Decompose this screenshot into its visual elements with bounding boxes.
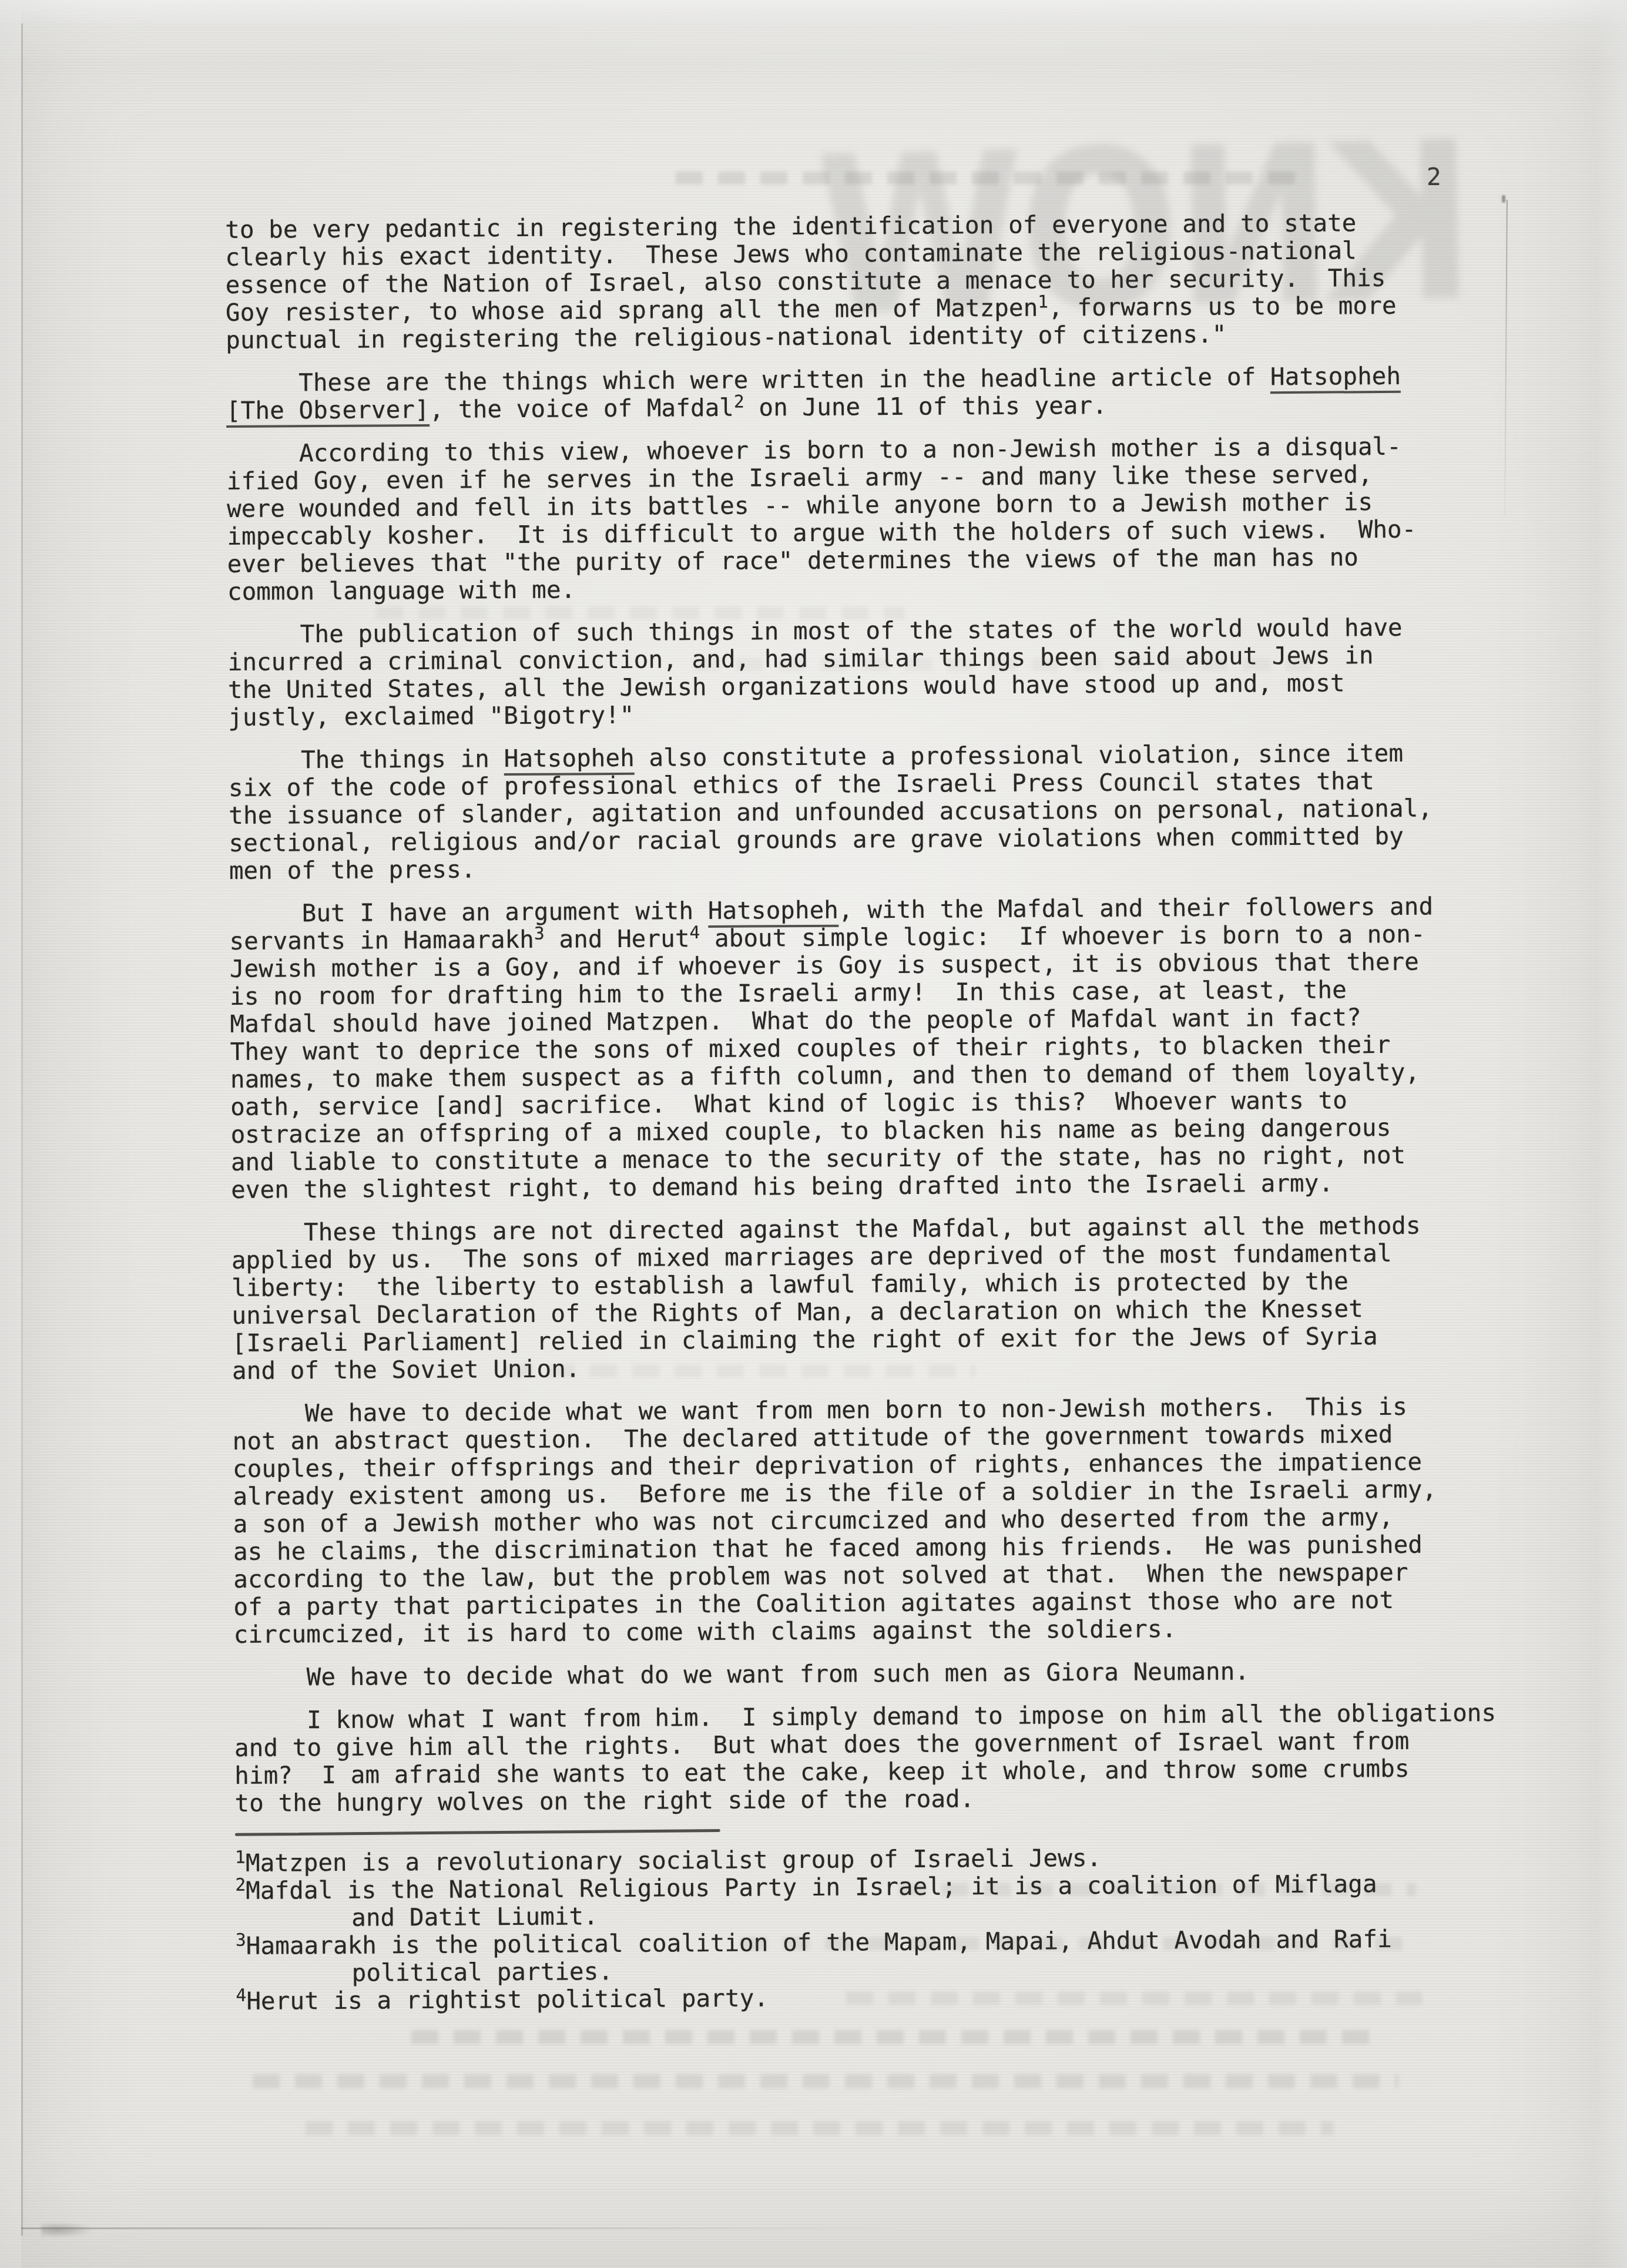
paragraph: to be very pedantic in registering the i…	[225, 209, 1507, 354]
paper-bottom-edge	[21, 2227, 903, 2229]
paragraph: But I have an argument with Hatsopheh, w…	[229, 893, 1512, 1204]
pencil-mark	[1502, 195, 1505, 203]
document-footnotes: 1Matzpen is a revolutionary socialist gr…	[235, 1842, 1517, 2015]
paragraph: These are the things which were written …	[226, 362, 1508, 425]
bleedthrough-text-line	[676, 172, 1299, 184]
paragraph: The publication of such things in most o…	[227, 613, 1509, 732]
paragraph: The things in Hatsopheh also constitute …	[229, 739, 1510, 885]
scan-corner-smudge	[41, 2222, 94, 2237]
scan-right-edge	[1595, 0, 1627, 2268]
paper-left-edge	[21, 24, 23, 2236]
bleedthrough-text-line	[253, 2074, 1398, 2088]
paragraph: We have to decide what we want from men …	[232, 1393, 1515, 1649]
paragraph: These things are not directed against th…	[231, 1212, 1513, 1385]
document-text: to be very pedantic in registering the i…	[225, 209, 1517, 2015]
footnote: 2Mafdal is the National Religious Party …	[235, 1870, 1517, 1933]
footnote-separator	[235, 1829, 720, 1836]
paragraph: We have to decide what do we want from s…	[234, 1656, 1515, 1692]
document-paragraphs: to be very pedantic in registering the i…	[225, 209, 1516, 1817]
scanned-page: KNOW 2 to be very pedantic in registerin…	[0, 0, 1627, 2268]
paragraph: I know what I want from him. I simply de…	[234, 1699, 1515, 1817]
scan-left-margin	[0, 0, 21, 2268]
bleedthrough-text-line	[411, 2030, 1381, 2044]
bleedthrough-text-line	[306, 2121, 1334, 2135]
paragraph: According to this view, whoever is born …	[226, 432, 1508, 606]
document-line: We have to decide what do we want from s…	[234, 1656, 1515, 1692]
footnote: 3Hamaarakh is the political coalition of…	[236, 1925, 1517, 1988]
page-number: 2	[1427, 163, 1441, 191]
document-line: These are the things which were written …	[226, 362, 1507, 397]
